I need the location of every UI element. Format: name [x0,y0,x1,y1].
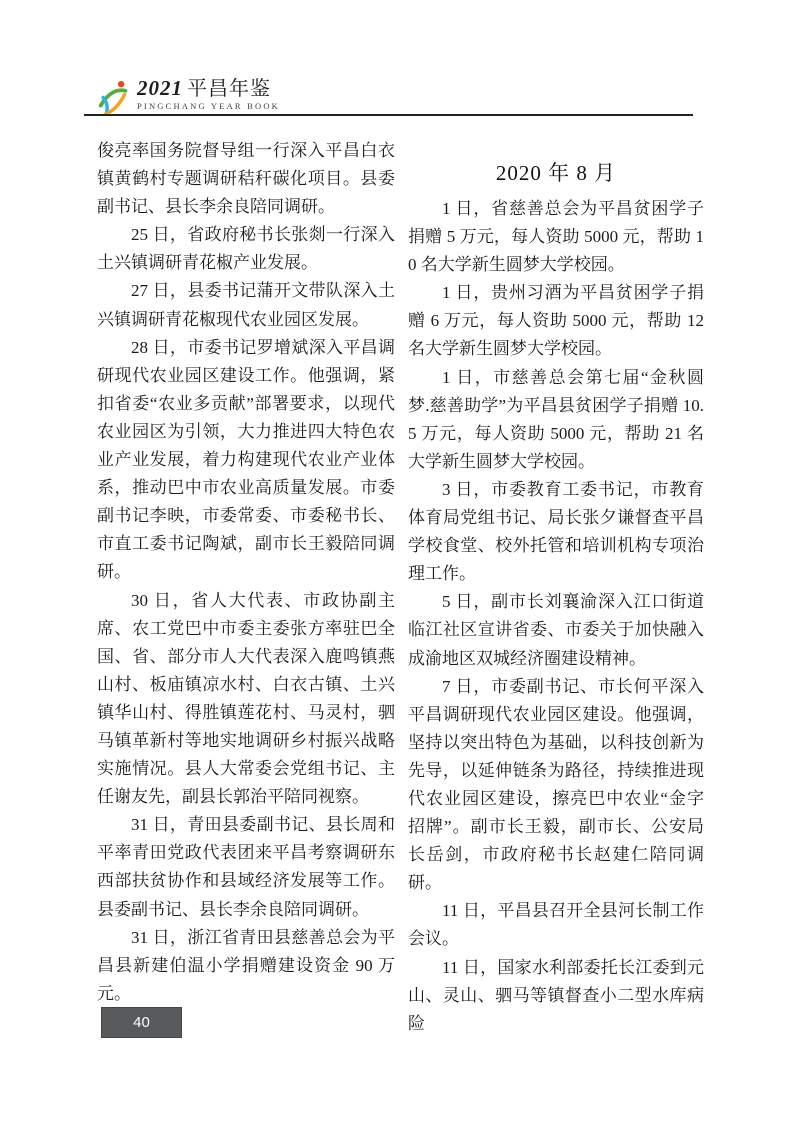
paragraph: 1 日，贵州习酒为平昌贫困学子捐赠 6 万元，每人资助 5000 元，帮助 12… [408,279,704,363]
month-heading: 2020 年 8 月 [408,159,704,187]
paragraph: 28 日，市委书记罗增斌深入平昌调研现代农业园区建设工作。他强调，紧扣省委“农业… [97,334,395,587]
paragraph: 27 日，县委书记蒲开文带队深入土兴镇调研青花椒现代农业园区发展。 [97,277,395,333]
right-column-paragraphs: 1 日，省慈善总会为平昌贫困学子捐赠 5 万元，每人资助 5000 元，帮助 1… [408,195,704,1038]
paragraph: 俊亮率国务院督导组一行深入平昌白衣镇黄鹤村专题调研秸秆碳化项目。县委副书记、县长… [97,137,395,221]
header: 2021 平昌年鉴 PINGCHANG YEAR BOOK [97,78,280,116]
paragraph: 31 日，浙江省青田县慈善总会为平昌县新建伯温小学捐赠建设资金 90 万元。 [97,924,395,1008]
logo-subtitle-en: PINGCHANG YEAR BOOK [137,102,280,111]
paragraph: 11 日，国家水利部委托长江委到元山、灵山、驷马等镇督查小二型水库病险 [408,954,704,1038]
logo-year: 2021 [137,78,183,99]
paragraph: 31 日，青田县委副书记、县长周和平率青田党政代表团来平昌考察调研东西部扶贫协作… [97,811,395,923]
paragraph: 7 日，市委副书记、市长何平深入平昌调研现代农业园区建设。他强调，坚持以突出特色… [408,673,704,898]
paragraph: 1 日，省慈善总会为平昌贫困学子捐赠 5 万元，每人资助 5000 元，帮助 1… [408,195,704,279]
logo-title-cn: 平昌年鉴 [187,79,271,99]
left-column: 俊亮率国务院督导组一行深入平昌白衣镇黄鹤村专题调研秸秆碳化项目。县委副书记、县长… [97,137,395,1008]
page-number: 40 [133,1014,150,1031]
right-column: 2020 年 8 月 1 日，省慈善总会为平昌贫困学子捐赠 5 万元，每人资助 … [408,137,704,1038]
logo-text: 2021 平昌年鉴 PINGCHANG YEAR BOOK [137,78,280,111]
paragraph: 1 日，市慈善总会第七届“金秋圆梦.慈善助学”为平昌县贫困学子捐赠 10.5 万… [408,364,704,476]
yearbook-logo-icon [97,78,133,116]
paragraph: 5 日，副市长刘襄渝深入江口街道临江社区宣讲省委、市委关于加快融入成渝地区双城经… [408,588,704,672]
paragraph: 3 日，市委教育工委书记，市教育体育局党组书记、局长张夕谦督查平昌学校食堂、校外… [408,476,704,588]
paragraph: 11 日，平昌县召开全县河长制工作会议。 [408,897,704,953]
paragraph: 25 日，省政府秘书长张剡一行深入土兴镇调研青花椒产业发展。 [97,221,395,277]
yearbook-page: 2021 平昌年鉴 PINGCHANG YEAR BOOK 俊亮率国务院督导组一… [0,0,793,1122]
page-number-badge: 40 [101,1007,182,1038]
paragraph: 30 日，省人大代表、市政协副主席、农工党巴中市委主委张方率驻巴全国、省、部分市… [97,587,395,812]
header-rule [84,114,693,116]
